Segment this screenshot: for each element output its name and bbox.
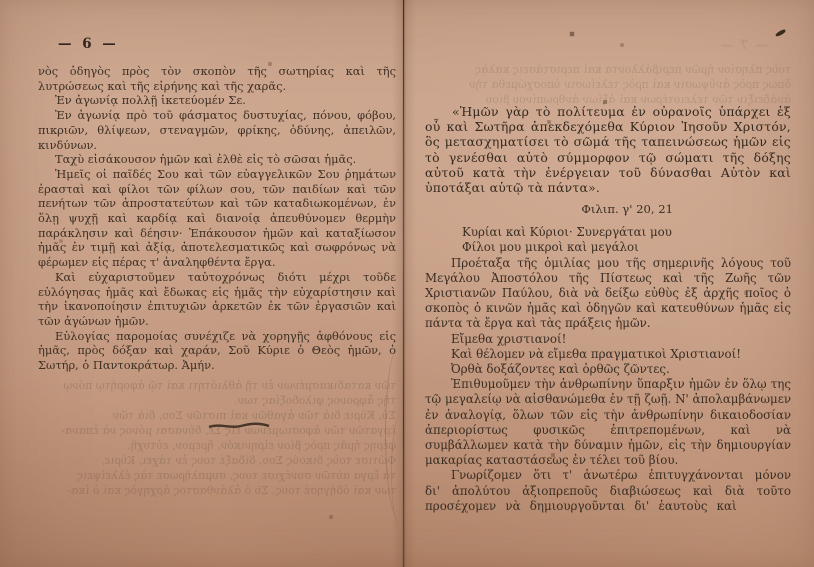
bleedthrough-text: τῶν καταδικασμένων ἐν τῇ ἀθλιότητι καὶ τ…	[38, 378, 396, 393]
scanned-book-spread: { "colors": { "paper": "#c8a089", "ink":…	[0, 0, 814, 567]
bleedthrough-text: τῆς ἄφρονος φιλοδοξίας των.	[38, 393, 396, 408]
paragraph: Εὐλογίας παρομοίας συνέχιζε νὰ χορηγῇς ἀ…	[38, 329, 396, 373]
paragraph: Καὶ θέλομεν νὰ εἴμεθα πραγματικοὶ Χριστι…	[425, 347, 791, 362]
left-text-block: νὸς ὁδηγὸς πρὸς τὸν σκοπὸν τῆς σωτηρίας …	[38, 64, 396, 373]
left-page: — 6 — νὸς ὁδηγὸς πρὸς τὸν σκοπὸν τῆς σωτ…	[0, 0, 404, 567]
bleedthrough-text: των καὶ ὁδήγησέ τους. Σὺ ὁ ἀλάνθαστος ἀρ…	[38, 483, 396, 498]
paragraph: Καὶ εὐχαριστοῦμεν ταὐτοχρόνως διότι μέχρ…	[38, 270, 396, 329]
paragraph: Προέταξα τῆς ὁμιλίας μου τῆς σημερινῆς λ…	[425, 256, 791, 332]
bleedthrough-text: ὅπως πρὸς ἀνύψωσιν καὶ πρὸς τελείωσιν ὑπ…	[427, 77, 791, 92]
scripture-citation: Φιλιπ. γ' 20, 21	[425, 202, 791, 216]
paragraph: Ταχὺ εἰσάκουσον ἡμῶν καὶ ἐλθὲ εἰς τὸ σῶσ…	[38, 152, 396, 167]
paragraph: νὸς ὁδηγὸς πρὸς τὸν σκοπὸν τῆς σωτηρίας …	[38, 64, 396, 93]
salutation-line: Κυρίαι καὶ Κύριοι· Συνεργάται μου	[425, 225, 791, 240]
paragraph: Ἐν ἀγωνίᾳ πρὸ τοῦ φάσματος δυστυχίας, πό…	[38, 108, 396, 152]
scripture-quote: «Ἡμῶν γὰρ τὸ πολίτευμα ἐν οὐρανοῖς ὑπάρχ…	[425, 104, 791, 195]
bleedthrough-text: τοὺς πλησίον ἡμῶν περιβάλλοντα καὶ περισ…	[427, 62, 791, 77]
paragraph: Ἡμεῖς οἱ παῖδές Σου καὶ τῶν εὐαγγελικῶν …	[38, 167, 396, 270]
paragraph: Γνωρίζομεν ὅτι τ' ἀνωτέρω ἐπιτυγχάνονται…	[425, 468, 791, 514]
paragraph: Ἐν ἀγωνίᾳ πολλῇ ἱκετεύομέν Σε.	[38, 93, 396, 108]
bleedthrough-text: φέρῃς ἡμᾶς πρὸς βίον εἰρηνικόν, ἥρεμον, …	[38, 438, 396, 453]
bleedthrough-text: τὰ ἔργα αὐτῶν συνέχισε τους, συμπλήρωσε …	[38, 468, 396, 483]
right-text-block: «Ἡμῶν γὰρ τὸ πολίτευμα ἐν οὐρανοῖς ὑπάρχ…	[425, 104, 791, 514]
paragraph: Ἐπιθυμοῦμεν τὴν ἀνθρωπίνην ὕπαρξιν ἡμῶν …	[425, 377, 791, 468]
paragraph: Ὀρθὰ δοξάζοντες καὶ ὀρθῶς ζῶντες.	[425, 362, 791, 377]
paper-crease	[391, 415, 410, 530]
paragraph: Εἴμεθα χριστιανοί!	[425, 332, 791, 347]
bleedthrough-text: Φώτισε τοὺς δικούς Σου, δίδαξέ τους ἐν τ…	[38, 453, 396, 468]
salutation-line: Φίλοι μου μικροὶ καὶ μεγάλοι	[425, 240, 791, 255]
left-page-number: — 6 —	[58, 36, 119, 52]
ink-stroke-mark	[208, 420, 270, 432]
